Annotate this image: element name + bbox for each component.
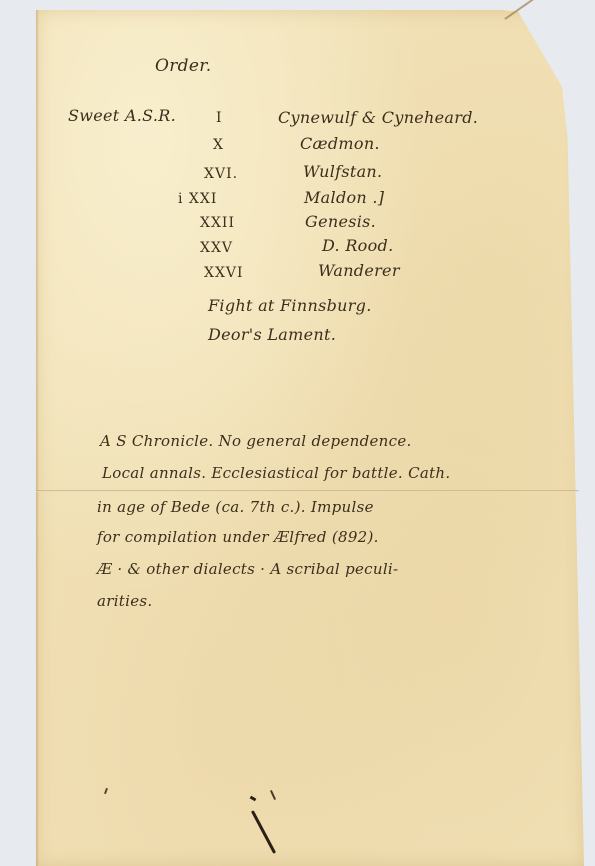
- entry-title: Maldon .]: [304, 188, 384, 207]
- entry-title: Wanderer: [318, 261, 400, 280]
- list-prefix: Sweet A.S.R.: [68, 106, 176, 125]
- extra-item: Fight at Finnsburg.: [208, 296, 372, 315]
- notes-line: Local annals. Ecclesiastical for battle.…: [102, 464, 450, 482]
- entry-numeral: X: [213, 137, 224, 153]
- entry-numeral: XVI.: [204, 166, 238, 182]
- extra-item: Deor's Lament.: [208, 325, 336, 344]
- notes-line: arities.: [97, 592, 152, 610]
- entry-numeral: i XXI: [178, 191, 217, 207]
- entry-numeral: I: [216, 110, 223, 126]
- notes-line: Æ · & other dialects · A scribal peculi-: [97, 560, 398, 578]
- fold-line: [36, 490, 579, 492]
- paper-edge: [36, 10, 39, 866]
- entry-title: D. Rood.: [322, 236, 393, 255]
- entry-title: Wulfstan.: [303, 162, 382, 181]
- scan-background: Order. Sweet A.S.R. I Cynewulf & Cynehea…: [0, 0, 595, 866]
- notes-line: A S Chronicle. No general dependence.: [100, 432, 412, 450]
- entry-title: Cynewulf & Cyneheard.: [278, 108, 478, 127]
- entry-title: Genesis.: [305, 212, 376, 231]
- entry-numeral: XXVI: [204, 265, 244, 281]
- notes-line: for compilation under Ælfred (892).: [97, 528, 379, 546]
- entry-numeral: XXII: [200, 215, 235, 231]
- entry-title: Cædmon.: [300, 134, 380, 153]
- entry-numeral: XXV: [200, 240, 233, 256]
- page-heading: Order.: [155, 56, 211, 76]
- notes-line: in age of Bede (ca. 7th c.). Impulse: [97, 498, 374, 516]
